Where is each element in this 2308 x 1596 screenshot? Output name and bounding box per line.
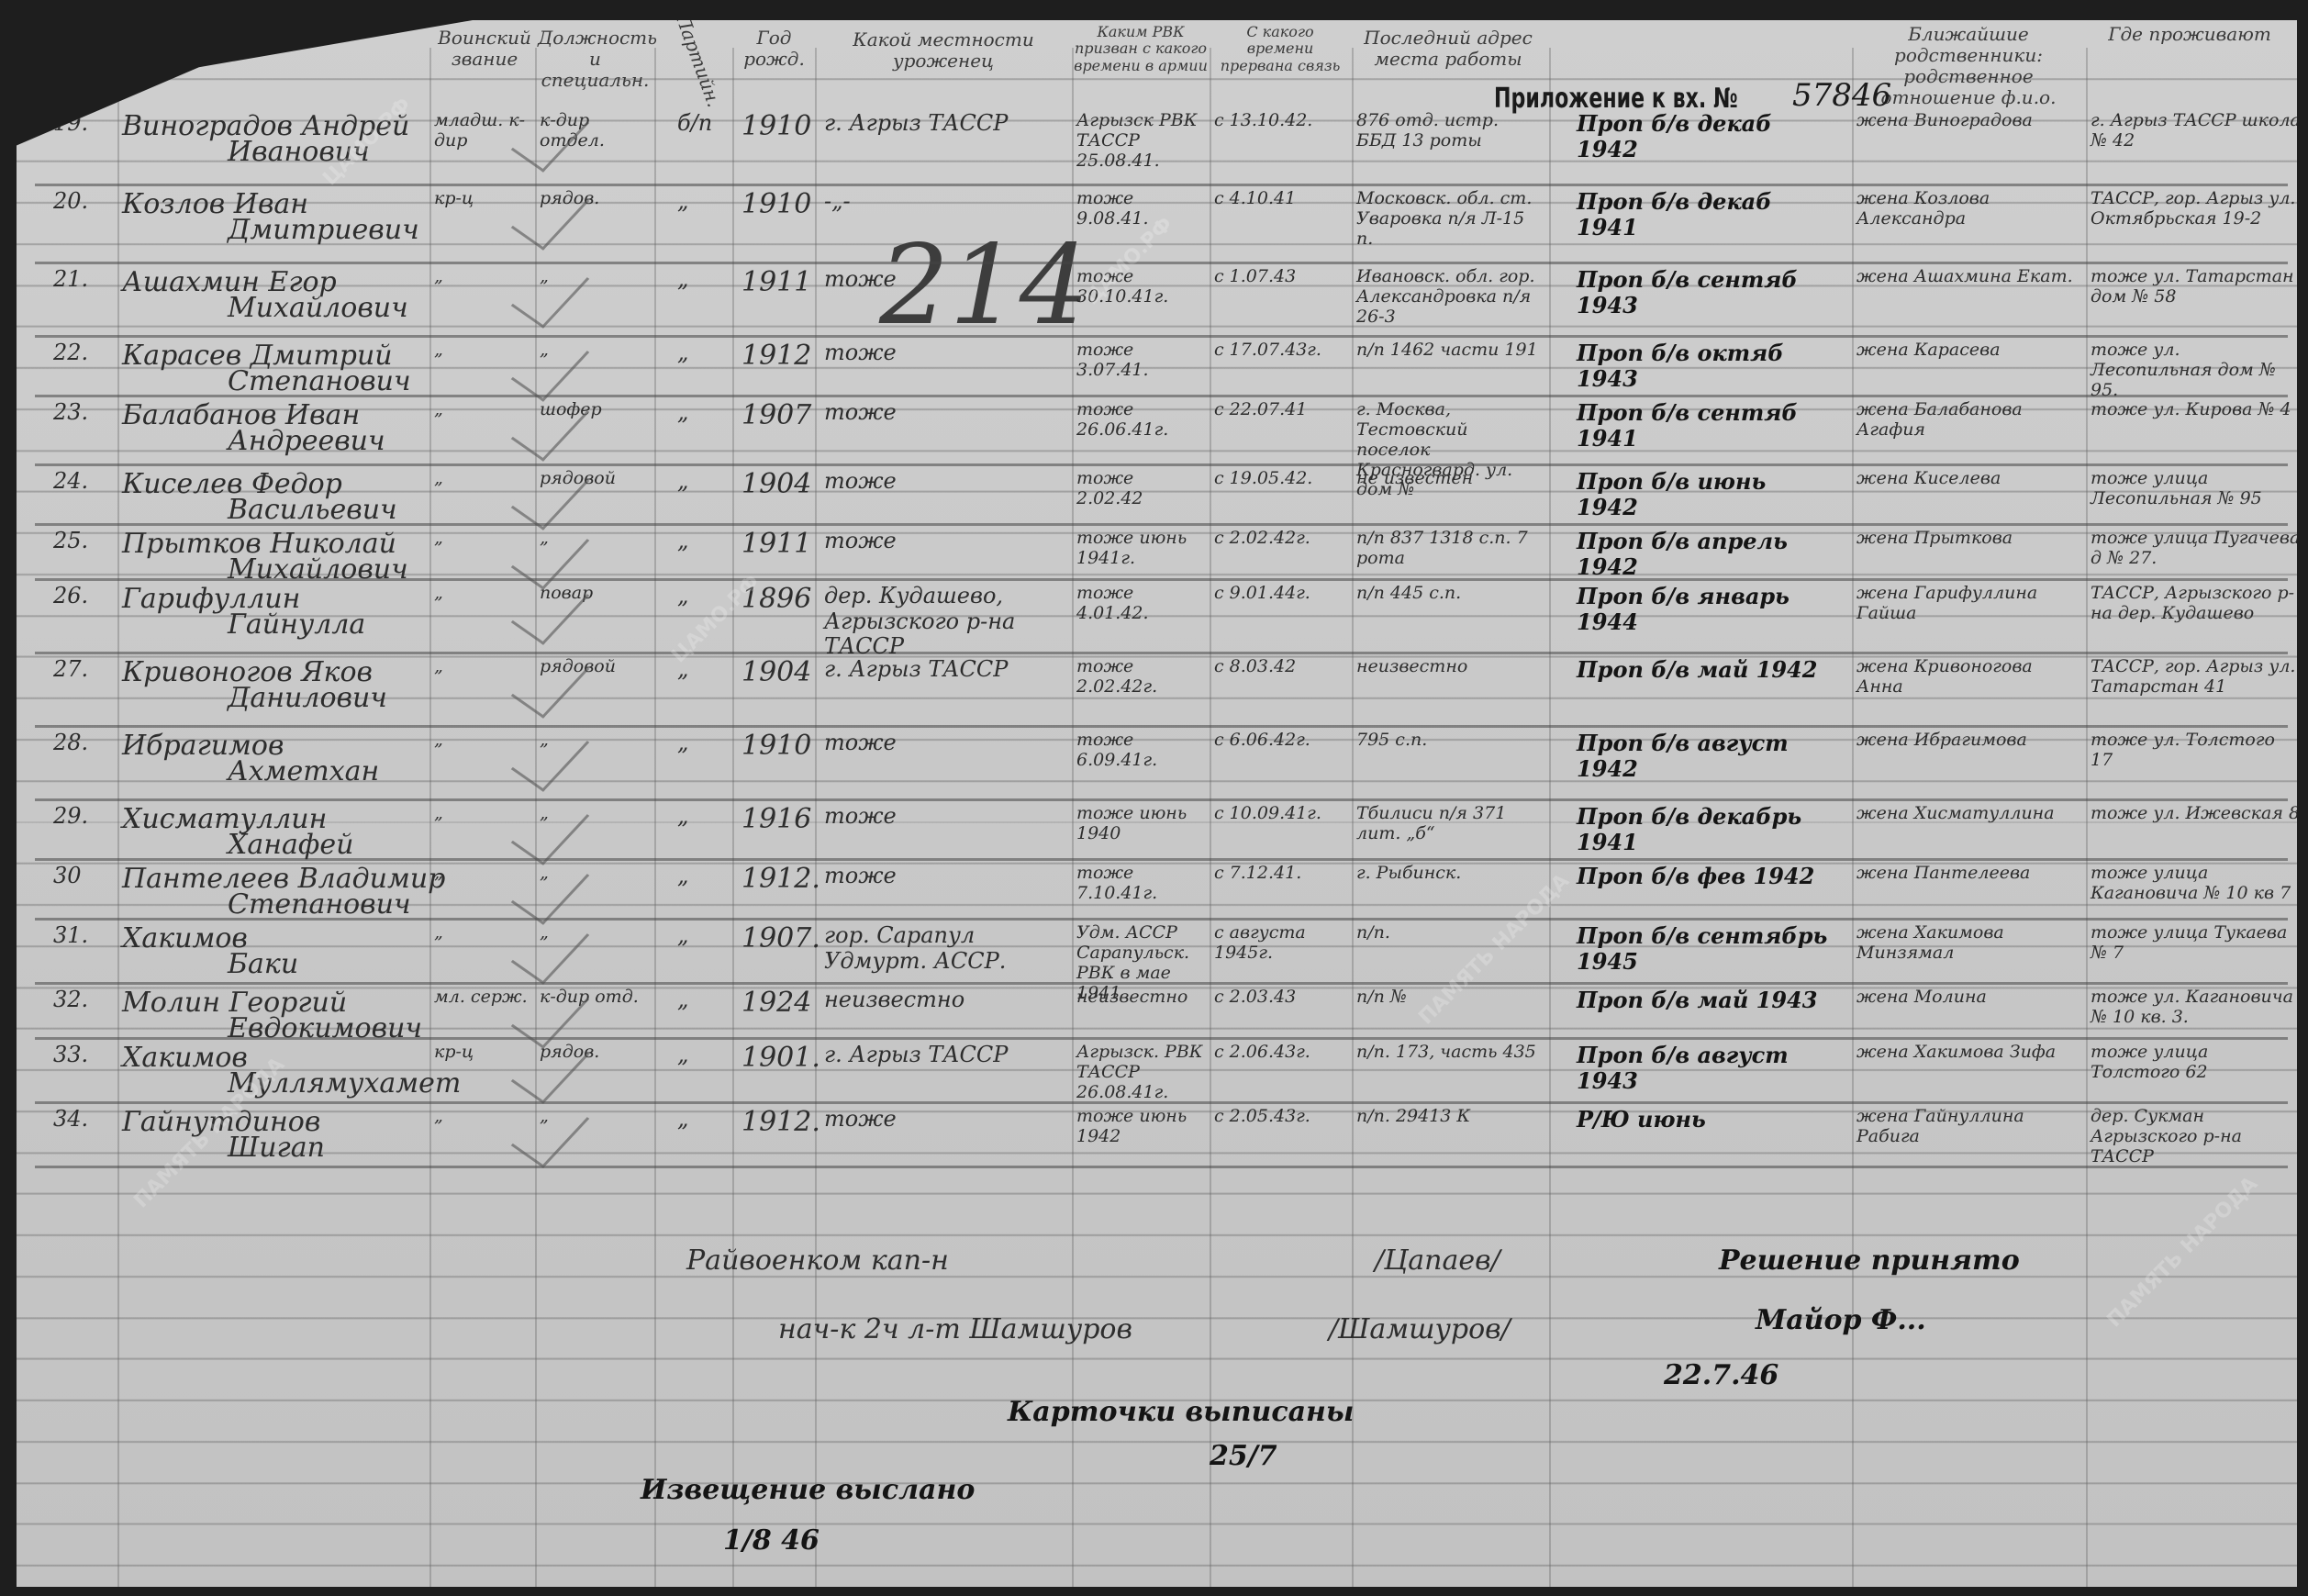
note-cards-date: 25/7 [1210,1441,1277,1473]
cell-rvk: Агрызск. РВК ТАССР 26.08.41г. [1076,1043,1205,1103]
cell-rank: „ [434,584,530,604]
cell-year: 1910 [741,111,811,143]
cell-rvk: тоже 2.02.42 [1076,469,1205,509]
cell-rvk: тоже 26.06.41г. [1076,400,1205,441]
header-rvk: Каким РВК призван с какого времени в арм… [1074,24,1208,74]
row-divider [35,184,2288,186]
cell-patronymic: Ахметхан [228,756,379,788]
column-divider [1210,48,1211,1587]
cell-patronymic: Михайлович [228,554,408,586]
cell-origin: гор. Сарапул Удмурт. АССР. [824,923,1063,974]
cell-rank: „ [434,469,530,489]
cell-num: 26. [53,584,88,609]
cell-address: п/п 837 1318 с.п. 7 рота [1356,529,1540,569]
cell-lost-since: с 17.07.43г. [1214,340,1347,361]
cell-relative-addr: тоже ул. Кирова № 4 [2091,400,2302,420]
header-rank: Воинский звание [434,28,535,70]
cell-relative-addr: тоже улица Лесопильная № 95 [2091,469,2302,509]
cell-relative-addr: тоже ул. Татарстан дом № 58 [2091,267,2302,307]
cell-address: 795 с.п. [1356,731,1540,751]
cell-origin: тоже [824,469,1063,495]
cell-year: 1912 [741,340,811,373]
cell-lost-since: с 19.05.42. [1214,469,1347,489]
cell-origin: тоже [824,340,1063,366]
cell-note: Проп б/в декаб 1942 [1577,111,1834,162]
cell-lost-since: с 2.06.43г. [1214,1043,1347,1063]
cell-patronymic: Степанович [228,889,411,921]
cell-num: 28. [53,731,88,756]
cell-note: Проп б/в октяб 1943 [1577,340,1834,391]
column-divider [429,48,431,1587]
cell-relative-addr: ТАССР, гор. Агрыз ул. Татарстан 41 [2091,657,2302,698]
cell-year: 1916 [741,804,811,836]
cell-patronymic: Михайлович [228,293,408,325]
cell-relative: жена Ибрагимова [1856,731,2077,751]
row-divider [35,262,2288,264]
cell-rank: кр-ц [434,1043,530,1063]
cell-rvk: тоже июнь 1940 [1076,804,1205,844]
cell-year: 1904 [741,469,811,501]
cell-num: 27. [53,657,88,683]
cell-rvk: неизвестно [1076,988,1205,1008]
cell-lost-since: с 9.01.44г. [1214,584,1347,604]
decision-date: 22.7.46 [1664,1360,1778,1392]
cell-origin: тоже [824,1107,1063,1133]
cell-party: „ [677,1107,688,1133]
cell-year: 1911 [741,267,811,299]
cell-rvk: тоже 2.02.42г. [1076,657,1205,698]
decision-text: Решение принято [1719,1245,2020,1278]
cell-origin: тоже [824,804,1063,830]
cell-address: неизвестно [1356,657,1540,677]
incoming-stamp-number: 57846 [1792,77,1891,114]
cell-party: „ [677,400,688,426]
cell-note: Р/Ю июнь [1577,1107,1834,1133]
cell-origin: тоже [824,529,1063,554]
cell-num: 20. [53,189,88,215]
column-divider [1852,48,1854,1587]
column-divider [2086,48,2088,1587]
header-lost-since: С какого времени прервана связь [1211,24,1349,74]
cell-relative-addr: дер. Сукман Агрызского р-на ТАССР [2091,1107,2302,1167]
cell-rank: „ [434,267,530,287]
signature-name-chief: /Шамшуров/ [1329,1314,1511,1346]
cell-note: Проп б/в август 1942 [1577,731,1834,781]
row-divider [35,798,2288,801]
column-divider [654,48,656,1587]
cell-year: 1912. [741,1107,820,1139]
cell-origin: г. Агрыз ТАССР [824,657,1063,683]
cell-address: Московск. обл. ст. Уваровка п/я Л-15 п. [1356,189,1540,250]
column-divider [1549,48,1551,1587]
header-birth-year: Год рожд. [735,28,813,70]
cell-relative-addr: г. Агрыз ТАССР школа № 42 [2091,111,2302,151]
cell-patronymic: Степанович [228,366,411,398]
cell-party: „ [677,1043,688,1068]
cell-rvk: тоже 6.09.41г. [1076,731,1205,771]
cell-patronymic: Андреевич [228,426,385,458]
cell-relative-addr: тоже ул. Лесопильная дом № 95. [2091,340,2302,401]
cell-address: п/п 445 с.п. [1356,584,1540,604]
cell-note: Проп б/в сентяб 1941 [1577,400,1834,451]
cell-address: Ивановск. обл. гор. Александровка п/я 26… [1356,267,1540,328]
note-cards-written: Карточки выписаны [1008,1397,1354,1429]
cell-relative-addr: тоже ул. Ижевская 8 [2091,804,2302,824]
cell-relative: жена Хакимова Зифа [1856,1043,2077,1063]
cell-relative: жена Киселева [1856,469,2077,489]
cell-relative: жена Гайнуллина Рабига [1856,1107,2077,1147]
cell-origin: г. Агрыз ТАССР [824,111,1063,137]
cell-relative-addr: тоже улица Пугачева д № 27. [2091,529,2302,569]
cell-patronymic: Баки [228,949,298,981]
cell-patronymic: Шигап [228,1133,325,1165]
cell-lost-since: с 2.05.43г. [1214,1107,1347,1127]
cell-rank: „ [434,657,530,677]
signature-name-commissar: /Цапаев/ [1375,1245,1500,1278]
note-notice-sent: Извещение выслано [641,1475,975,1507]
cell-origin: дер. Кудашево, Агрызского р-на ТАССР [824,584,1063,660]
cell-address: п/п. 29413 К [1356,1107,1540,1127]
cell-relative-addr: тоже ул. Толстого 17 [2091,731,2302,771]
cell-rank: „ [434,731,530,751]
column-divider [732,48,734,1587]
cell-lost-since: с 2.03.43 [1214,988,1347,1008]
cell-relative: жена Кривоногова Анна [1856,657,2077,698]
cell-num: 24. [53,469,88,495]
cell-party: „ [677,923,688,949]
cell-relative-addr: тоже ул. Кагановича № 10 кв. 3. [2091,988,2302,1028]
cell-address: п/п 1462 части 191 [1356,340,1540,361]
cell-party: „ [677,340,688,366]
cell-lost-since: с 7.12.41. [1214,864,1347,884]
cell-rvk: тоже июнь 1941г. [1076,529,1205,569]
cell-rank: „ [434,529,530,549]
row-divider [35,652,2288,654]
cell-lost-since: с августа 1945г. [1214,923,1347,964]
signature-label-commissar: Райвоенком кап-н [686,1245,949,1278]
cell-rank: „ [434,923,530,943]
header-relative-address: Где проживают [2089,24,2291,45]
cell-lost-since: с 10.09.41г. [1214,804,1347,824]
column-divider [1352,48,1354,1587]
cell-note: Проп б/в июнь 1942 [1577,469,1834,519]
cell-origin: тоже [824,400,1063,426]
cell-relative-addr: ТАССР, Агрызского р-на дер. Кудашево [2091,584,2302,624]
cell-party: „ [677,804,688,830]
header-address: Последний адрес места работы [1356,28,1540,70]
cell-party: „ [677,731,688,756]
cell-rank: „ [434,400,530,420]
cell-rvk: тоже июнь 1942 [1076,1107,1205,1147]
cell-party: „ [677,988,688,1013]
cell-patronymic: Данилович [228,683,387,715]
cell-party: „ [677,584,688,609]
cell-relative: жена Ашахмина Екат. [1856,267,2077,287]
cell-relative: жена Гарифуллина Гайша [1856,584,2077,624]
cell-lost-since: с 1.07.43 [1214,267,1347,287]
cell-party: „ [677,267,688,293]
header-origin: Какой местности уроженец [824,29,1063,72]
cell-note: Проп б/в апрель 1942 [1577,529,1834,579]
cell-relative-addr: тоже улица Кагановича № 10 кв 7 [2091,864,2302,904]
cell-note: Проп б/в декабрь 1941 [1577,804,1834,854]
cell-rank: кр-ц [434,189,530,209]
cell-relative: жена Прыткова [1856,529,2077,549]
note-notice-date: 1/8 46 [723,1525,820,1557]
cell-lost-since: с 2.02.42г. [1214,529,1347,549]
cell-address: не известен [1356,469,1540,489]
header-position: Должность и специальн. [538,28,652,91]
signature-label-chief: нач-к 2ч л-т Шамшуров [778,1314,1132,1346]
cell-patronymic: Гайнулла [228,609,365,642]
cell-party: „ [677,189,688,215]
cell-year: 1910 [741,731,811,763]
cell-num: 31. [53,923,88,949]
cell-num: 22. [53,340,88,366]
cell-rank: „ [434,340,530,361]
cell-note: Проп б/в фев 1942 [1577,864,1834,889]
cell-origin: неизвестно [824,988,1063,1013]
cell-num: 34. [53,1107,88,1133]
cell-party: б/п [677,111,712,137]
cell-num: 25. [53,529,88,554]
cell-note: Проп б/в декаб 1941 [1577,189,1834,240]
cell-rvk: тоже 3.07.41. [1076,340,1205,381]
cell-origin: г. Агрыз ТАССР [824,1043,1063,1068]
cell-relative: жена Балабанова Агафия [1856,400,2077,441]
cell-patronymic: Ханафей [228,830,353,862]
cell-num: 21. [53,267,88,293]
cell-relative-addr: тоже улица Толстого 62 [2091,1043,2302,1083]
cell-relative-addr: ТАССР, гор. Агрыз ул. Октябрьская 19-2 [2091,189,2302,229]
cell-lost-since: с 22.07.41 [1214,400,1347,420]
cell-year: 1901. [741,1043,820,1075]
cell-patronymic: Евдокимович [228,1013,422,1045]
row-divider [35,463,2288,466]
cell-relative: жена Карасева [1856,340,2077,361]
cell-rank: мл. серж. [434,988,530,1008]
cell-relative: жена Хисматуллина [1856,804,2077,824]
cell-note: Проп б/в сентябрь 1945 [1577,923,1834,974]
cell-lost-since: с 4.10.41 [1214,189,1347,209]
cell-rank: „ [434,864,530,884]
cell-rank: „ [434,804,530,824]
cell-rank: „ [434,1107,530,1127]
decision-signature: Майор Ф... [1756,1305,1926,1337]
document-sheet: Воинский звание Должность и специальн. П… [17,20,2297,1587]
cell-note: Проп б/в январь 1944 [1577,584,1834,634]
cell-year: 1910 [741,189,811,221]
cell-relative-addr: тоже улица Тукаева № 7 [2091,923,2302,964]
row-divider [35,725,2288,728]
cell-rvk: тоже 7.10.41г. [1076,864,1205,904]
cell-note: Проп б/в август 1943 [1577,1043,1834,1093]
cell-relative: жена Хакимова Минзямал [1856,923,2077,964]
cell-note: Проп б/в май 1943 [1577,988,1834,1013]
cell-relative: жена Козлова Александра [1856,189,2077,229]
cell-lost-since: с 8.03.42 [1214,657,1347,677]
cell-lost-since: с 6.06.42г. [1214,731,1347,751]
cell-party: „ [677,864,688,889]
cell-address: п/п. 173, часть 435 [1356,1043,1540,1063]
cell-relative: жена Виноградова [1856,111,2077,131]
cell-origin: тоже [824,864,1063,889]
cell-year: 1924 [741,988,811,1020]
cell-rvk: тоже 9.08.41. [1076,189,1205,229]
cell-year: 1911 [741,529,811,561]
cell-num: 33. [53,1043,88,1068]
cell-origin: -„- [824,189,1063,215]
cell-address: 876 отд. истр. ББД 13 роты [1356,111,1540,151]
cell-rvk: тоже 4.01.42. [1076,584,1205,624]
cell-year: 1907. [741,923,820,955]
cell-patronymic: Дмитриевич [228,215,419,247]
cell-year: 1904 [741,657,811,689]
cell-address: г. Рыбинск. [1356,864,1540,884]
cell-year: 1907 [741,400,811,432]
cell-num: 19. [53,111,88,137]
row-divider [35,858,2288,861]
row-divider [35,335,2288,338]
cell-lost-since: с 13.10.42. [1214,111,1347,131]
cell-num: 23. [53,400,88,426]
column-divider [117,48,119,1587]
cell-rvk: Агрызск РВК ТАССР 25.08.41. [1076,111,1205,172]
cell-year: 1912. [741,864,820,896]
cell-num: 29. [53,804,88,830]
cell-note: Проп б/в май 1942 [1577,657,1834,683]
cell-origin: тоже [824,267,1063,293]
row-divider [35,1166,2288,1168]
cell-note: Проп б/в сентяб 1943 [1577,267,1834,318]
cell-party: „ [677,529,688,554]
cell-num: 32. [53,988,88,1013]
cell-patronymic: Васильевич [228,495,397,527]
column-divider [815,48,817,1587]
cell-origin: тоже [824,731,1063,756]
cell-relative: жена Пантелеева [1856,864,2077,884]
cell-address: Тбилиси п/я 371 лит. „б“ [1356,804,1540,844]
cell-party: „ [677,469,688,495]
cell-relative: жена Молина [1856,988,2077,1008]
cell-num: 30 [53,864,82,889]
